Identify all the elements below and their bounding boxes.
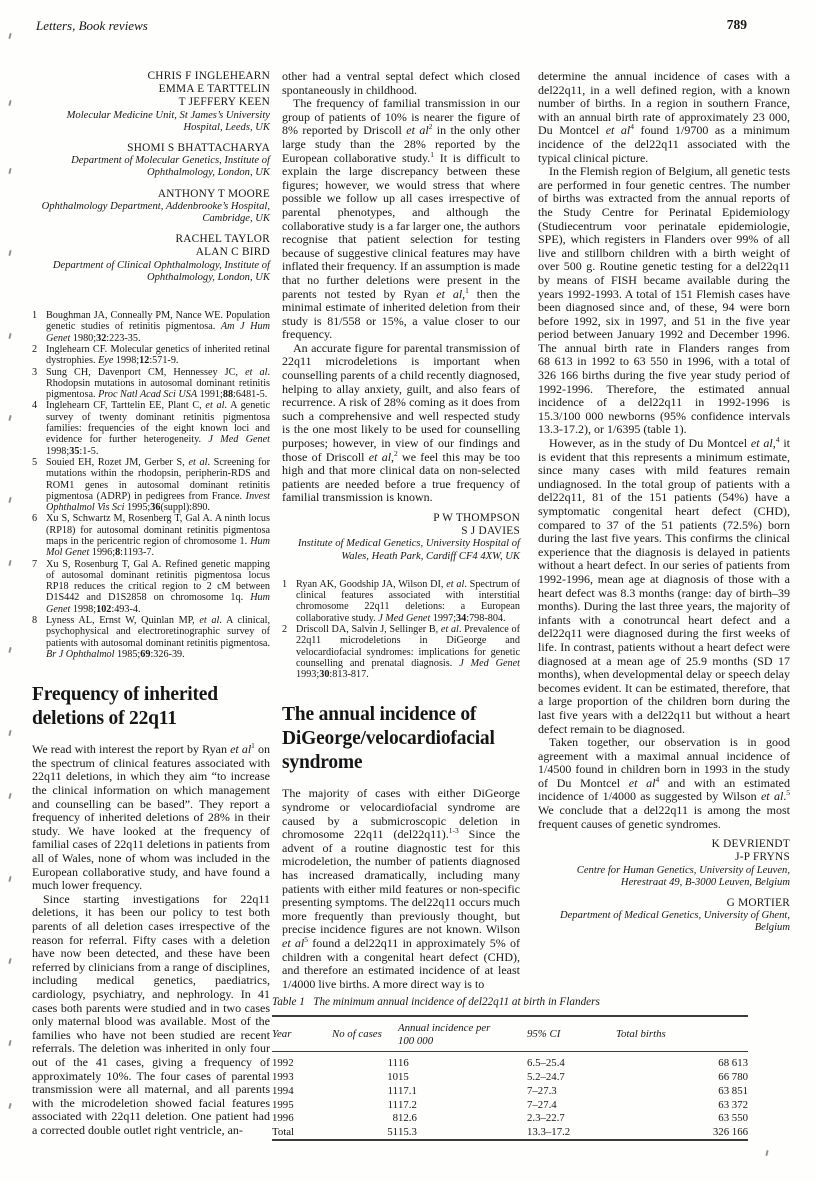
year-cell: 1992: [272, 1052, 332, 1071]
ci-cell: 7–27.4: [527, 1098, 616, 1112]
column-header-cases: No of cases: [332, 1016, 398, 1052]
reference-number: 6: [32, 513, 43, 558]
table-row: 1995 11 17.2 7–27.4 63 372: [272, 1098, 748, 1112]
author-signature-block: ANTHONY T MOORE Ophthalmology Department…: [32, 188, 270, 226]
article-paragraph: Taken together, our observation is in go…: [538, 736, 790, 831]
births-cell: 63 851: [616, 1084, 748, 1098]
reference-text: Inglehearn CF. Molecular genetics of inh…: [46, 344, 270, 367]
reference-number: 2: [282, 624, 293, 680]
reference-number: 8: [32, 615, 43, 660]
reference-item: 2 Inglehearn CF. Molecular genetics of i…: [32, 344, 270, 367]
author-name: T JEFFERY KEEN: [32, 96, 270, 109]
author-name: P W THOMPSON: [282, 512, 520, 525]
reference-item: 1 Ryan AK, Goodship JA, Wilson DI, et al…: [282, 579, 520, 624]
author-affiliation: Department of Molecular Genetics, Instit…: [32, 155, 270, 179]
scan-artifact: [8, 250, 11, 256]
middle-column: other had a ventral septal defect which …: [282, 70, 520, 991]
reference-number: 1: [282, 579, 293, 624]
scan-artifact: [8, 876, 11, 882]
table-row: 1994 11 17.1 7–27.3 63 851: [272, 1084, 748, 1098]
article-paragraph: However, as in the study of Du Montcel e…: [538, 437, 790, 736]
author-signature-block: K DEVRIENDT J-P FRYNS Centre for Human G…: [538, 838, 790, 889]
journal-page: Letters, Book reviews 789 CHRIS F INGLEH…: [0, 0, 816, 1182]
reference-text: Inglehearn CF, Tarttelin EE, Plant C, et…: [46, 400, 270, 456]
incidence-cell: 12.6: [398, 1112, 527, 1126]
author-name: K DEVRIENDT: [538, 838, 790, 851]
reference-number: 2: [32, 344, 43, 367]
article-title-digeorge: The annual incidence of DiGeorge/velocar…: [282, 703, 520, 775]
incidence-table: Year No of cases Annual incidence per 10…: [272, 1015, 748, 1141]
births-cell: 63 550: [616, 1112, 748, 1126]
reference-number: 1: [32, 310, 43, 344]
author-name: J-P FRYNS: [538, 851, 790, 864]
article-paragraph: The majority of cases with either DiGeor…: [282, 787, 520, 991]
right-column: determine the annual incidence of cases …: [538, 70, 790, 943]
reference-text: Ryan AK, Goodship JA, Wilson DI, et al. …: [296, 579, 520, 624]
reference-item: 5 Souied EH, Rozet JM, Gerber S, et al. …: [32, 457, 270, 513]
author-name: EMMA E TARTTELIN: [32, 83, 270, 96]
author-name: G MORTIER: [538, 897, 790, 910]
article-paragraph: The frequency of familial transmission i…: [282, 97, 520, 342]
scan-artifact: [8, 560, 11, 566]
running-header: Letters, Book reviews: [36, 18, 148, 34]
reference-text: Xu S, Rosenburg T, Gal A. Refined geneti…: [46, 559, 270, 615]
year-cell: 1996: [272, 1112, 332, 1126]
author-affiliation: Molecular Medicine Unit, St James’s Univ…: [32, 110, 270, 134]
incidence-cell: 15: [398, 1070, 527, 1084]
author-signature-block: RACHEL TAYLOR ALAN C BIRD Department of …: [32, 233, 270, 284]
incidence-cell: 17.1: [398, 1084, 527, 1098]
reference-number: 3: [32, 367, 43, 401]
reference-text: Driscoll DA, Salvin J, Sellinger B, et a…: [296, 624, 520, 680]
ci-cell: 5.2–24.7: [527, 1070, 616, 1084]
author-name: S J DAVIES: [282, 525, 520, 538]
author-signature-block: G MORTIER Department of Medical Genetics…: [538, 897, 790, 935]
ci-cell: 7–27.3: [527, 1084, 616, 1098]
reference-text: Xu S, Schwartz M, Rosenberg T, Gal A. A …: [46, 513, 270, 558]
article-paragraph: determine the annual incidence of cases …: [538, 70, 790, 165]
reference-item: 2 Driscoll DA, Salvin J, Sellinger B, et…: [282, 624, 520, 680]
author-affiliation: Institute of Medical Genetics, Universit…: [282, 538, 520, 562]
scan-artifact: [8, 1040, 11, 1046]
table-caption: Table 1 The minimum annual incidence of …: [272, 996, 748, 1008]
column-header-incidence: Annual incidence per 100 000: [398, 1016, 527, 1052]
author-affiliation: Department of Clinical Ophthalmology, In…: [32, 260, 270, 284]
author-signature-block: CHRIS F INGLEHEARN EMMA E TARTTELIN T JE…: [32, 70, 270, 134]
scan-artifact: [8, 730, 11, 736]
article-paragraph: In the Flemish region of Belgium, all ge…: [538, 165, 790, 437]
table-row: 1993 10 15 5.2–24.7 66 780: [272, 1070, 748, 1084]
author-signature-block: SHOMI S BHATTACHARYA Department of Molec…: [32, 142, 270, 180]
ci-cell: 2.3–22.7: [527, 1112, 616, 1126]
scan-artifact: [8, 497, 11, 503]
year-cell: 1994: [272, 1084, 332, 1098]
year-cell: 1995: [272, 1098, 332, 1112]
article-paragraph: We read with interest the report by Ryan…: [32, 743, 270, 893]
scan-artifact: [8, 1103, 11, 1109]
author-affiliation: Ophthalmology Department, Addenbrooke’s …: [32, 201, 270, 225]
column-header-year: Year: [272, 1016, 332, 1052]
cases-cell: 8: [332, 1112, 398, 1126]
scan-artifact: [8, 647, 11, 653]
reference-item: 6 Xu S, Schwartz M, Rosenberg T, Gal A. …: [32, 513, 270, 558]
reference-item: 1 Boughman JA, Conneally PM, Nance WE. P…: [32, 310, 270, 344]
table-1: Table 1 The minimum annual incidence of …: [272, 996, 748, 1141]
article-paragraph: Since starting investigations for 22q11 …: [32, 893, 270, 1138]
scan-artifact: [8, 100, 11, 106]
reference-list: 1 Ryan AK, Goodship JA, Wilson DI, et al…: [282, 579, 520, 681]
reference-text: Sung CH, Davenport CM, Hennessey JC, et …: [46, 367, 270, 401]
reference-number: 5: [32, 457, 43, 513]
table-row: 1992 11 16 6.5–25.4 68 613: [272, 1052, 748, 1071]
reference-item: 3 Sung CH, Davenport CM, Hennessey JC, e…: [32, 367, 270, 401]
year-cell: Total: [272, 1126, 332, 1141]
cases-cell: 11: [332, 1052, 398, 1071]
table-header-row: Year No of cases Annual incidence per 10…: [272, 1016, 748, 1052]
scan-artifact: [8, 168, 11, 174]
reference-number: 4: [32, 400, 43, 456]
scan-artifact: [8, 415, 11, 421]
article-title-frequency: Frequency of inherited deletions of 22q1…: [32, 683, 270, 731]
table-row-total: Total 51 15.3 13.3–17.2 326 166: [272, 1126, 748, 1141]
page-number: 789: [727, 17, 747, 33]
incidence-cell: 17.2: [398, 1098, 527, 1112]
year-cell: 1993: [272, 1070, 332, 1084]
article-paragraph: An accurate figure for parental transmis…: [282, 342, 520, 505]
table-row: 1996 8 12.6 2.3–22.7 63 550: [272, 1112, 748, 1126]
author-affiliation: Centre for Human Genetics, University of…: [538, 865, 790, 889]
cases-cell: 11: [332, 1098, 398, 1112]
column-header-ci: 95% CI: [527, 1016, 616, 1052]
column-header-births: Total births: [616, 1016, 748, 1052]
reference-number: 7: [32, 559, 43, 615]
scan-artifact: [8, 793, 11, 799]
births-cell: 66 780: [616, 1070, 748, 1084]
reference-text: Souied EH, Rozet JM, Gerber S, et al. Sc…: [46, 457, 270, 513]
reference-text: Boughman JA, Conneally PM, Nance WE. Pop…: [46, 310, 270, 344]
reference-item: 7 Xu S, Rosenburg T, Gal A. Refined gene…: [32, 559, 270, 615]
left-column: CHRIS F INGLEHEARN EMMA E TARTTELIN T JE…: [32, 70, 270, 1137]
scan-artifact: [765, 1150, 768, 1156]
reference-text: Lyness AL, Ernst W, Quinlan MP, et al. A…: [46, 615, 270, 660]
reference-item: 4 Inglehearn CF, Tarttelin EE, Plant C, …: [32, 400, 270, 456]
incidence-cell: 16: [398, 1052, 527, 1071]
scan-artifact: [8, 958, 11, 964]
cases-cell: 11: [332, 1084, 398, 1098]
author-signature-block: P W THOMPSON S J DAVIES Institute of Med…: [282, 512, 520, 563]
incidence-cell: 15.3: [398, 1126, 527, 1141]
births-cell: 63 372: [616, 1098, 748, 1112]
author-name: CHRIS F INGLEHEARN: [32, 70, 270, 83]
author-name: ALAN C BIRD: [32, 246, 270, 259]
scan-artifact: [8, 33, 11, 39]
scan-artifact: [8, 333, 11, 339]
ci-cell: 6.5–25.4: [527, 1052, 616, 1071]
author-name: ANTHONY T MOORE: [32, 188, 270, 201]
cases-cell: 10: [332, 1070, 398, 1084]
cases-cell: 51: [332, 1126, 398, 1141]
births-cell: 68 613: [616, 1052, 748, 1071]
ci-cell: 13.3–17.2: [527, 1126, 616, 1141]
author-name: SHOMI S BHATTACHARYA: [32, 142, 270, 155]
reference-list: 1 Boughman JA, Conneally PM, Nance WE. P…: [32, 310, 270, 660]
article-paragraph: other had a ventral septal defect which …: [282, 70, 520, 97]
births-cell: 326 166: [616, 1126, 748, 1141]
author-name: RACHEL TAYLOR: [32, 233, 270, 246]
reference-item: 8 Lyness AL, Ernst W, Quinlan MP, et al.…: [32, 615, 270, 660]
author-affiliation: Department of Medical Genetics, Universi…: [538, 910, 790, 934]
